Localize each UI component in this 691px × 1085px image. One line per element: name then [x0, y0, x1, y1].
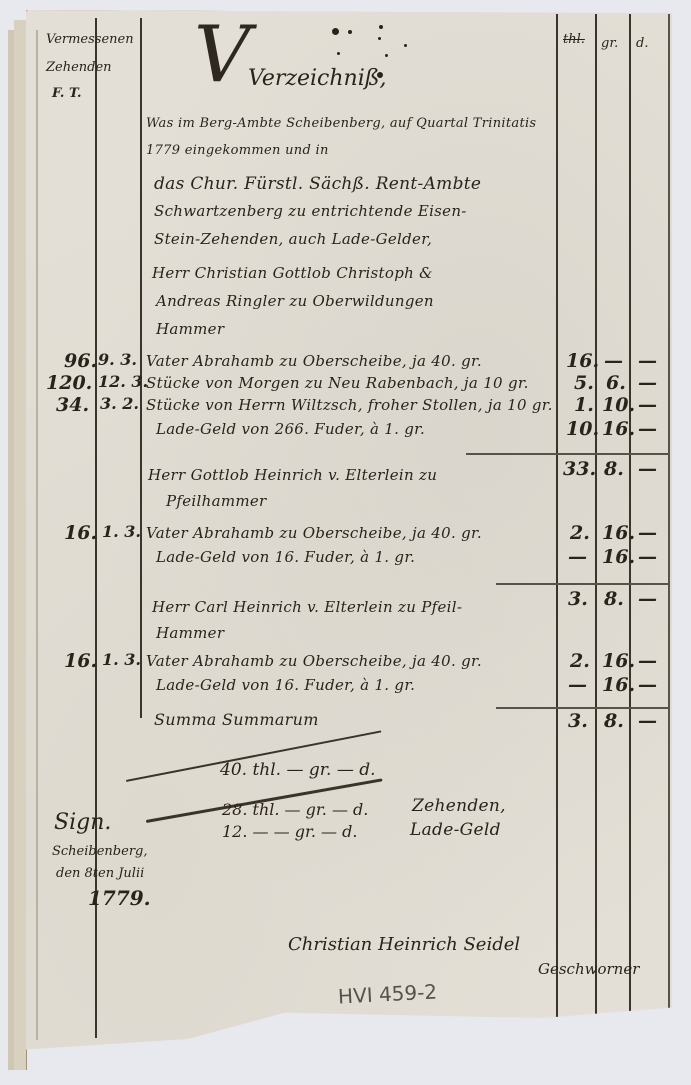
- zehenden-value: 16.: [64, 522, 97, 544]
- header-ft: F. T.: [52, 86, 82, 101]
- signature-title: Geschworner: [538, 960, 639, 978]
- section-heading: Herr Gottlob Heinrich v. Elterlein zu: [148, 466, 437, 484]
- page-stack-edge: [14, 20, 27, 1070]
- ledger-page: Vermessenen Zehenden F. T. V Verzeichniß…: [26, 10, 672, 1060]
- d-value: —: [638, 650, 657, 672]
- entry-text: Lade-Geld von 16. Fuder, à 1. gr.: [156, 548, 415, 566]
- entry-text: Vater Abrahamb zu Oberscheibe, ja 40. gr…: [146, 652, 482, 670]
- date-year: 1779.: [88, 886, 151, 910]
- subtotal-rule: [466, 453, 668, 455]
- zehenden-value: 16.: [64, 650, 97, 672]
- entry-text: Stücke von Herrn Wiltzsch, froher Stolle…: [146, 396, 553, 414]
- place-name: Scheibenberg,: [52, 844, 147, 859]
- intro-line: Hammer: [156, 320, 224, 338]
- intro-line: Stein-Zehenden, auch Lade-Gelder,: [154, 230, 432, 248]
- page-title: Verzeichniß,: [248, 66, 386, 91]
- ink-dot: [332, 28, 339, 35]
- gr-value: 16.: [602, 546, 635, 568]
- thl-value: 10.: [566, 418, 599, 440]
- page-right-edge: [668, 14, 670, 1034]
- total-gr: 8.: [604, 588, 624, 610]
- gr-value: 6.: [606, 372, 626, 394]
- total-thl: 33.: [563, 458, 596, 480]
- ink-dot: [379, 25, 383, 29]
- archive-mark: HVI 459-2: [337, 979, 437, 1008]
- total-gr: 8.: [604, 710, 624, 732]
- gr-value: 10.: [602, 394, 635, 416]
- col-header-d: d.: [636, 36, 648, 51]
- col-header-gr: gr.: [601, 36, 618, 51]
- total-thl: 3.: [568, 588, 588, 610]
- entry-text: Vater Abrahamb zu Oberscheibe, ja 40. gr…: [146, 352, 482, 370]
- thl-value: 1.: [574, 394, 594, 416]
- zehenden-value: 96.: [64, 350, 97, 372]
- thl-value: 16.: [566, 350, 599, 372]
- ink-dot: [348, 30, 352, 34]
- subtotal-rule: [496, 707, 668, 709]
- intro-line: Andreas Ringler zu Oberwildungen: [156, 292, 434, 310]
- ink-dot: [378, 37, 381, 40]
- header-zehenden-line2: Zehenden: [46, 60, 112, 75]
- left-margin-rule: [36, 30, 38, 1040]
- thl-value: 2.: [570, 650, 590, 672]
- total-d: —: [638, 710, 657, 732]
- intro-line: Schwartzenberg zu entrichtende Eisen-: [154, 202, 467, 220]
- ft-value: 1. 3.: [102, 522, 141, 541]
- signature-name: Christian Heinrich Seidel: [288, 934, 520, 955]
- d-value: —: [638, 394, 657, 416]
- entry-text: Vater Abrahamb zu Oberscheibe, ja 40. gr…: [146, 524, 482, 542]
- ft-value: 3. 2.: [100, 394, 139, 413]
- total-d: —: [638, 458, 657, 480]
- section-heading: Herr Carl Heinrich v. Elterlein zu Pfeil…: [152, 598, 462, 616]
- gr-value: 16.: [602, 418, 635, 440]
- total-gr: 8.: [604, 458, 624, 480]
- ft-value: 1. 3.: [102, 650, 141, 669]
- d-value: —: [638, 674, 657, 696]
- ink-dot: [404, 44, 407, 47]
- summary-label-zehenden: Zehenden,: [412, 796, 506, 816]
- d-value: —: [638, 522, 657, 544]
- intro-line: das Chur. Fürstl. Sächß. Rent-Ambte: [154, 174, 481, 194]
- total-d: —: [638, 588, 657, 610]
- thl-value: 5.: [574, 372, 594, 394]
- summary-amount-zehenden: 28. thl. — gr. — d.: [222, 800, 368, 819]
- entry-text: Lade-Geld von 266. Fuder, à 1. gr.: [156, 420, 425, 438]
- d-value: —: [638, 546, 657, 568]
- section-heading: Hammer: [156, 624, 224, 642]
- summa-label: Summa Summarum: [154, 710, 319, 729]
- grand-total: 40. thl. — gr. — d.: [220, 760, 376, 780]
- gr-value: 16.: [602, 522, 635, 544]
- place-sign: Sign.: [54, 810, 111, 835]
- zehenden-value: 120.: [46, 372, 92, 394]
- zehenden-value: 34.: [56, 394, 89, 416]
- entry-text: Lade-Geld von 16. Fuder, à 1. gr.: [156, 676, 415, 694]
- summary-label-ladegeld: Lade-Geld: [410, 820, 501, 840]
- entry-text: Stücke von Morgen zu Neu Rabenbach, ja 1…: [146, 374, 529, 392]
- gr-value: 16.: [602, 650, 635, 672]
- total-thl: 3.: [568, 710, 588, 732]
- column-rule-thl-gr: [595, 14, 597, 1034]
- title-initial: V: [194, 16, 250, 94]
- ft-value: 12. 3.: [98, 372, 148, 391]
- thl-value: —: [568, 674, 587, 696]
- ink-dot: [385, 54, 388, 57]
- d-value: —: [638, 350, 657, 372]
- thl-value: —: [568, 546, 587, 568]
- column-rule-ft: [140, 18, 142, 718]
- intro-line: Was im Berg-Ambte Scheibenberg, auf Quar…: [146, 110, 551, 164]
- d-value: —: [638, 372, 657, 394]
- section-heading: Pfeilhammer: [166, 492, 267, 510]
- ft-value: 9. 3.: [98, 350, 137, 369]
- subtotal-rule: [496, 583, 668, 585]
- intro-line: Herr Christian Gottlob Christoph &: [152, 264, 433, 282]
- gr-value: 16.: [602, 674, 635, 696]
- header-zehenden-line1: Vermessenen: [46, 32, 134, 47]
- ink-dot: [337, 52, 340, 55]
- thl-value: 2.: [570, 522, 590, 544]
- gr-value: —: [604, 350, 623, 372]
- col-header-thl: thl.: [563, 32, 585, 47]
- date-day-month: den 8ten Julii: [56, 866, 144, 881]
- column-rule-text-right: [556, 14, 558, 1034]
- d-value: —: [638, 418, 657, 440]
- summary-amount-ladegeld: 12. — — gr. — d.: [222, 822, 357, 841]
